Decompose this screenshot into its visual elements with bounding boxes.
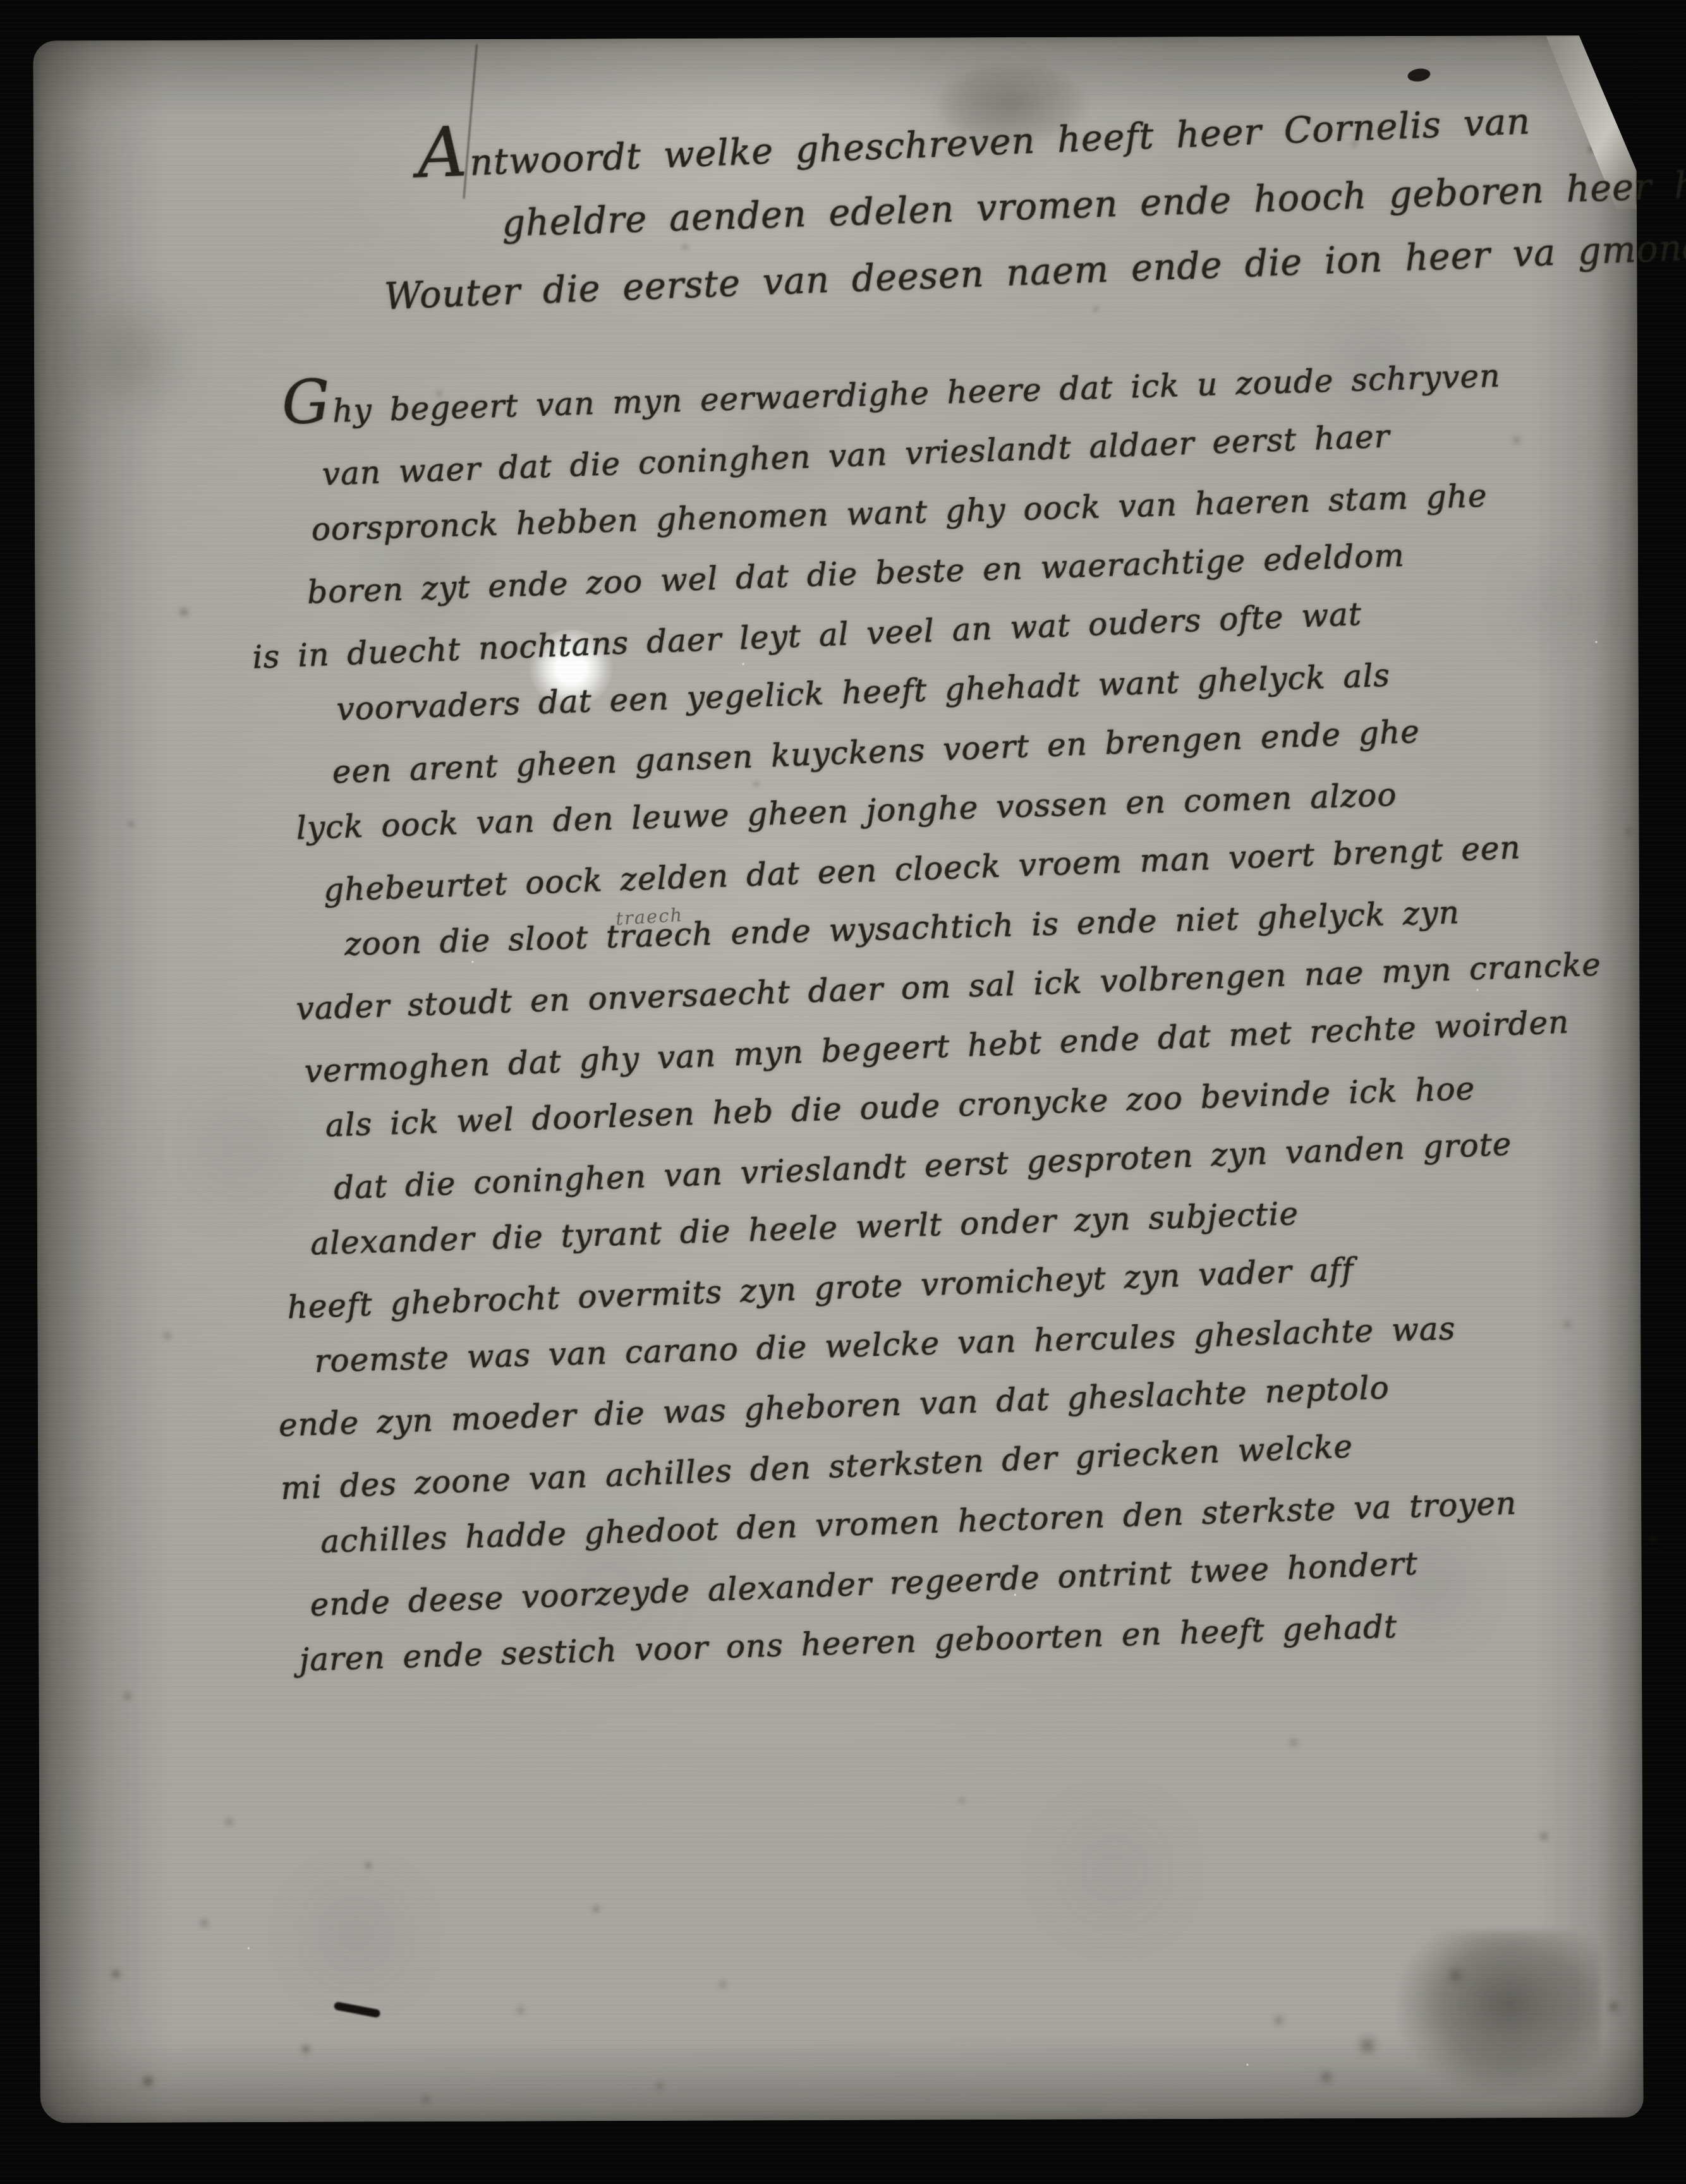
handwriting-layer: Antwoordt welke gheschreven heeft heer C… xyxy=(23,0,1686,2129)
dust-specks xyxy=(33,40,33,41)
interlinear-insertion: traech xyxy=(614,885,685,949)
letter-heading: Antwoordt welke gheschreven heeft heer C… xyxy=(227,90,1560,332)
manuscript-page: Antwoordt welke gheschreven heeft heer C… xyxy=(33,35,1643,2123)
letter-body: Ghy begeert van myn eerwaerdighe heere d… xyxy=(236,340,1670,1693)
scan-background: Antwoordt welke gheschreven heeft heer C… xyxy=(0,0,1686,2184)
